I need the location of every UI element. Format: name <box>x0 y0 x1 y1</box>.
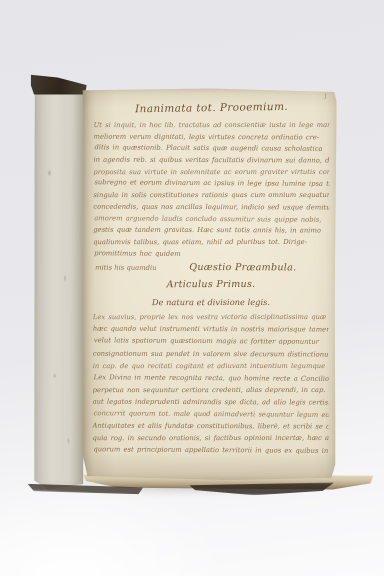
paragraph-articulus: Lex suavius, proprie lex nos vestra vict… <box>92 311 329 457</box>
cover-dark-corner <box>31 60 87 94</box>
handwriting-line: Lex suavius, proprie lex nos vestra vict… <box>93 311 329 323</box>
book-cover-spine <box>33 83 84 489</box>
heading-articulus: Articulus Primus. <box>93 275 329 296</box>
manuscript-title: Inanimata tot. Prooemium. <box>93 100 329 120</box>
section-heading-row: mitis his quamdiu Quæstio Præambula. <box>93 260 329 276</box>
handwriting-line: gestis quæ tandem gravitas. Hæc sunt tot… <box>93 225 329 238</box>
handwriting-line: singula in solis constitutiones rationis… <box>93 190 329 202</box>
antique-book: 1 Inanimata tot. Prooemium. Ut si inquit… <box>39 77 340 498</box>
paragraph-prooemium: Ut si inquit, in hoc lib. tractatus ad c… <box>93 120 329 261</box>
heading-quaestio: Quæstio Præambula. <box>157 260 330 276</box>
manuscript-page: 1 Inanimata tot. Prooemium. Ut si inquit… <box>81 88 336 481</box>
handwriting-line: quorum est principiorum appellatio terri… <box>93 444 329 458</box>
handwriting-line: in cap. de quo recitati cogitant et adiu… <box>93 360 329 372</box>
handwriting-line: consignationum sua pendet in valorem siv… <box>93 347 329 360</box>
handwriting-line: Lex Divina in mente recognita recta, quo… <box>94 371 330 385</box>
handwriting-line: perpetua non sequuntur certiora credenti… <box>93 384 329 396</box>
heading-de-natura: De natura et divisione legis. <box>93 295 329 311</box>
handwriting-line: concedendis, quas nos ancillas loquimur,… <box>93 201 329 214</box>
handwriting-line: Antiquitates et aliis fundatæ constituti… <box>92 420 328 433</box>
photo-background: 1 Inanimata tot. Prooemium. Ut si inquit… <box>0 0 384 576</box>
page-number: 1 <box>324 92 328 100</box>
manuscript-text: Inanimata tot. Prooemium. Ut si inquit, … <box>92 100 329 467</box>
handwriting-line: in agendis reb. si quibus veritas facult… <box>93 155 329 168</box>
handwriting-line: Ut si inquit, in hoc lib. tractatus ad c… <box>94 120 330 132</box>
heading-lead-text: mitis his quamdiu <box>95 264 157 272</box>
handwriting-line: qualiumvis talibus, quas etiam, nihil ad… <box>93 237 329 249</box>
handwriting-line: promittimus hoc quidem <box>94 248 330 261</box>
